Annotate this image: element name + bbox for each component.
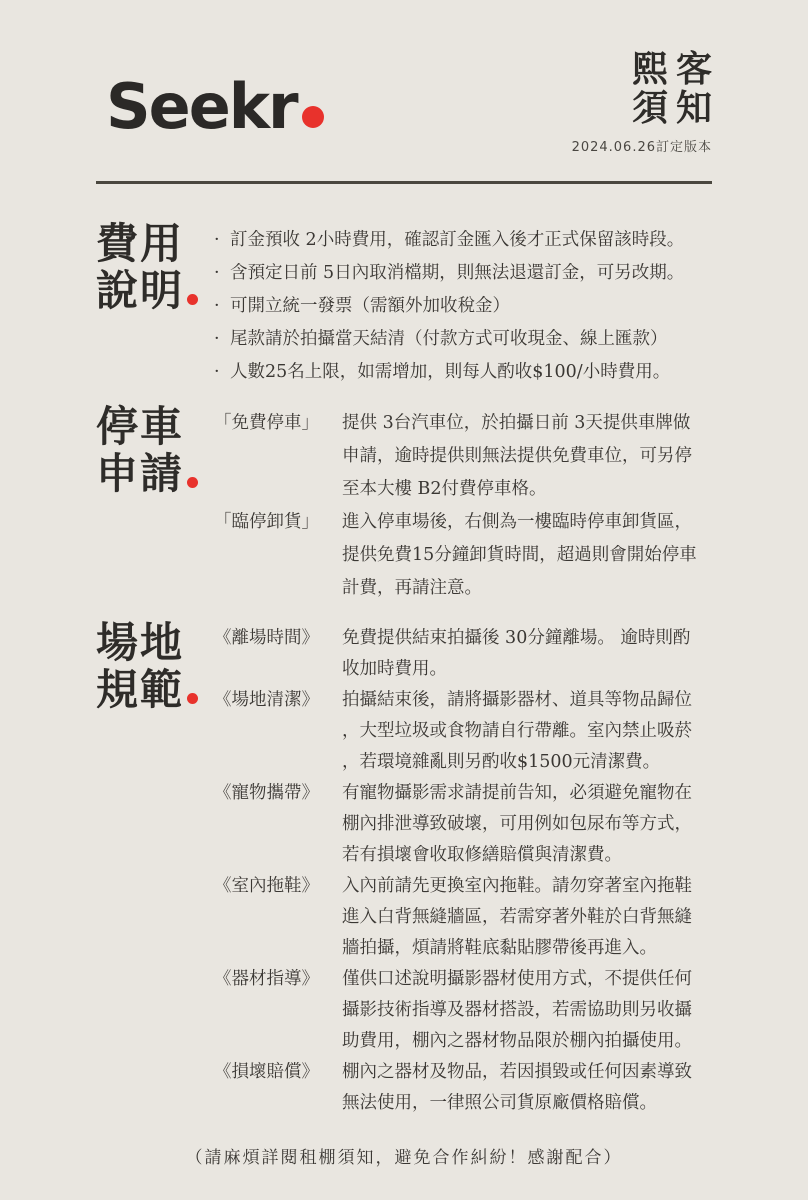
- header-divider: [96, 181, 712, 184]
- header-right: 熙客 須知 2024.06.26訂定版本: [572, 50, 712, 155]
- section-rules-heading: 場地 規範: [96, 619, 214, 1119]
- footer-note: （請麻煩詳閱租棚須知，避免合作糾紛！感謝配合）: [96, 1143, 712, 1168]
- section-parking-heading-line2: 申請: [96, 449, 184, 498]
- rule-item-text: 拍攝結束後，請將攝影器材、道具等物品歸位 ，大型垃圾或食物請自行帶離。室內禁止吸…: [342, 685, 712, 778]
- section-rules-heading-line1: 場地: [96, 618, 184, 667]
- rule-item-text: 僅供口述說明攝影器材使用方式，不提供任何 攝影技術指導及器材搭設，若需協助則另收…: [342, 964, 712, 1057]
- section-parking-body: 「免費停車」 提供 3台汽車位，於拍攝日前 3天提供車牌做 申請，逾時提供則無法…: [214, 403, 712, 605]
- fee-item: · 可開立統一發票（需額外加收稅金）: [214, 290, 712, 323]
- section-rules-heading-line2: 規範: [96, 665, 184, 714]
- fee-item-text: 可開立統一發票（需額外加收稅金）: [230, 290, 510, 323]
- rule-item: 《損壞賠償》 棚內之器材及物品，若因損毀或任何因素導致 無法使用，一律照公司貨原…: [214, 1057, 712, 1119]
- doc-title-line1: 熙客: [572, 50, 720, 89]
- red-dot-icon: [187, 294, 198, 305]
- fee-item-text: 人數25名上限，如需增加，則每人酌收$100/小時費用。: [230, 356, 670, 389]
- bullet-glyph: ·: [214, 356, 230, 389]
- rule-item: 《寵物攜帶》 有寵物攝影需求請提前告知，必須避免寵物在 棚內排泄導致破壞，可用例…: [214, 778, 712, 871]
- parking-item-label: 「臨停卸貨」: [214, 506, 342, 605]
- fee-item: · 尾款請於拍攝當天結清（付款方式可收現金、線上匯款）: [214, 323, 712, 356]
- red-dot-icon: [187, 477, 198, 488]
- rule-item-label: 《損壞賠償》: [214, 1057, 342, 1119]
- rule-item: 《離場時間》 免費提供結束拍攝後 30分鐘離場。 逾時則酌 收加時費用。: [214, 623, 712, 685]
- section-rules-body: 《離場時間》 免費提供結束拍攝後 30分鐘離場。 逾時則酌 收加時費用。 《場地…: [214, 619, 712, 1119]
- rule-item-label: 《器材指導》: [214, 964, 342, 1057]
- parking-item-text: 進入停車場後，右側為一樓臨時停車卸貨區， 提供免費15分鐘卸貨時間，超過則會開始…: [342, 506, 712, 605]
- section-fees-heading-line1: 費用: [96, 219, 184, 268]
- version-label: 2024.06.26訂定版本: [572, 136, 712, 155]
- parking-item-label: 「免費停車」: [214, 407, 342, 506]
- section-fees: 費用 說明 · 訂金預收 2小時費用，確認訂金匯入後才正式保留該時段。 · 含預…: [96, 220, 712, 389]
- section-fees-body: · 訂金預收 2小時費用，確認訂金匯入後才正式保留該時段。 · 含預定日前 5日…: [214, 220, 712, 389]
- rule-item: 《室內拖鞋》 入內前請先更換室內拖鞋。請勿穿著室內拖鞋 進入白背無縫牆區，若需穿…: [214, 871, 712, 964]
- fee-item-text: 含預定日前 5日內取消檔期，則無法退還訂金，可另改期。: [230, 257, 684, 290]
- section-parking-heading-line1: 停車: [96, 402, 184, 451]
- rule-item-text: 免費提供結束拍攝後 30分鐘離場。 逾時則酌 收加時費用。: [342, 623, 712, 685]
- seekr-logo: Seekr: [106, 70, 324, 143]
- rule-item-label: 《場地清潔》: [214, 685, 342, 778]
- rule-item-text: 入內前請先更換室內拖鞋。請勿穿著室內拖鞋 進入白背無縫牆區，若需穿著外鞋於白背無…: [342, 871, 712, 964]
- parking-item-text: 提供 3台汽車位，於拍攝日前 3天提供車牌做 申請，逾時提供則無法提供免費車位，…: [342, 407, 712, 506]
- doc-title: 熙客 須知: [572, 50, 720, 128]
- section-fees-heading: 費用 說明: [96, 220, 214, 389]
- section-parking: 停車 申請 「免費停車」 提供 3台汽車位，於拍攝日前 3天提供車牌做 申請，逾…: [96, 403, 712, 605]
- bullet-glyph: ·: [214, 323, 230, 356]
- bullet-glyph: ·: [214, 257, 230, 290]
- studio-notice-page: Seekr 熙客 須知 2024.06.26訂定版本 費用 說明 · 訂金預收 …: [0, 0, 808, 1200]
- rule-item: 《場地清潔》 拍攝結束後，請將攝影器材、道具等物品歸位 ，大型垃圾或食物請自行帶…: [214, 685, 712, 778]
- fee-item: · 含預定日前 5日內取消檔期，則無法退還訂金，可另改期。: [214, 257, 712, 290]
- parking-item: 「臨停卸貨」 進入停車場後，右側為一樓臨時停車卸貨區， 提供免費15分鐘卸貨時間…: [214, 506, 712, 605]
- rule-item-text: 棚內之器材及物品，若因損毀或任何因素導致 無法使用，一律照公司貨原廠價格賠償。: [342, 1057, 712, 1119]
- brand-dot-icon: [302, 106, 324, 128]
- rule-item-text: 有寵物攝影需求請提前告知，必須避免寵物在 棚內排泄導致破壞，可用例如包尿布等方式…: [342, 778, 712, 871]
- bullet-glyph: ·: [214, 224, 230, 257]
- rule-item-label: 《室內拖鞋》: [214, 871, 342, 964]
- red-dot-icon: [187, 693, 198, 704]
- bullet-glyph: ·: [214, 290, 230, 323]
- doc-title-line2: 須知: [572, 89, 720, 128]
- section-fees-heading-line2: 說明: [96, 266, 184, 315]
- section-parking-heading: 停車 申請: [96, 403, 214, 605]
- fee-item-text: 訂金預收 2小時費用，確認訂金匯入後才正式保留該時段。: [230, 224, 684, 257]
- rule-item: 《器材指導》 僅供口述說明攝影器材使用方式，不提供任何 攝影技術指導及器材搭設，…: [214, 964, 712, 1057]
- rule-item-label: 《寵物攜帶》: [214, 778, 342, 871]
- fee-item: · 人數25名上限，如需增加，則每人酌收$100/小時費用。: [214, 356, 712, 389]
- rule-item-label: 《離場時間》: [214, 623, 342, 685]
- fee-item: · 訂金預收 2小時費用，確認訂金匯入後才正式保留該時段。: [214, 224, 712, 257]
- fee-item-text: 尾款請於拍攝當天結清（付款方式可收現金、線上匯款）: [230, 323, 668, 356]
- section-rules: 場地 規範 《離場時間》 免費提供結束拍攝後 30分鐘離場。 逾時則酌 收加時費…: [96, 619, 712, 1119]
- header: Seekr 熙客 須知 2024.06.26訂定版本: [96, 0, 712, 155]
- seekr-logo-text: Seekr: [106, 70, 297, 143]
- parking-item: 「免費停車」 提供 3台汽車位，於拍攝日前 3天提供車牌做 申請，逾時提供則無法…: [214, 407, 712, 506]
